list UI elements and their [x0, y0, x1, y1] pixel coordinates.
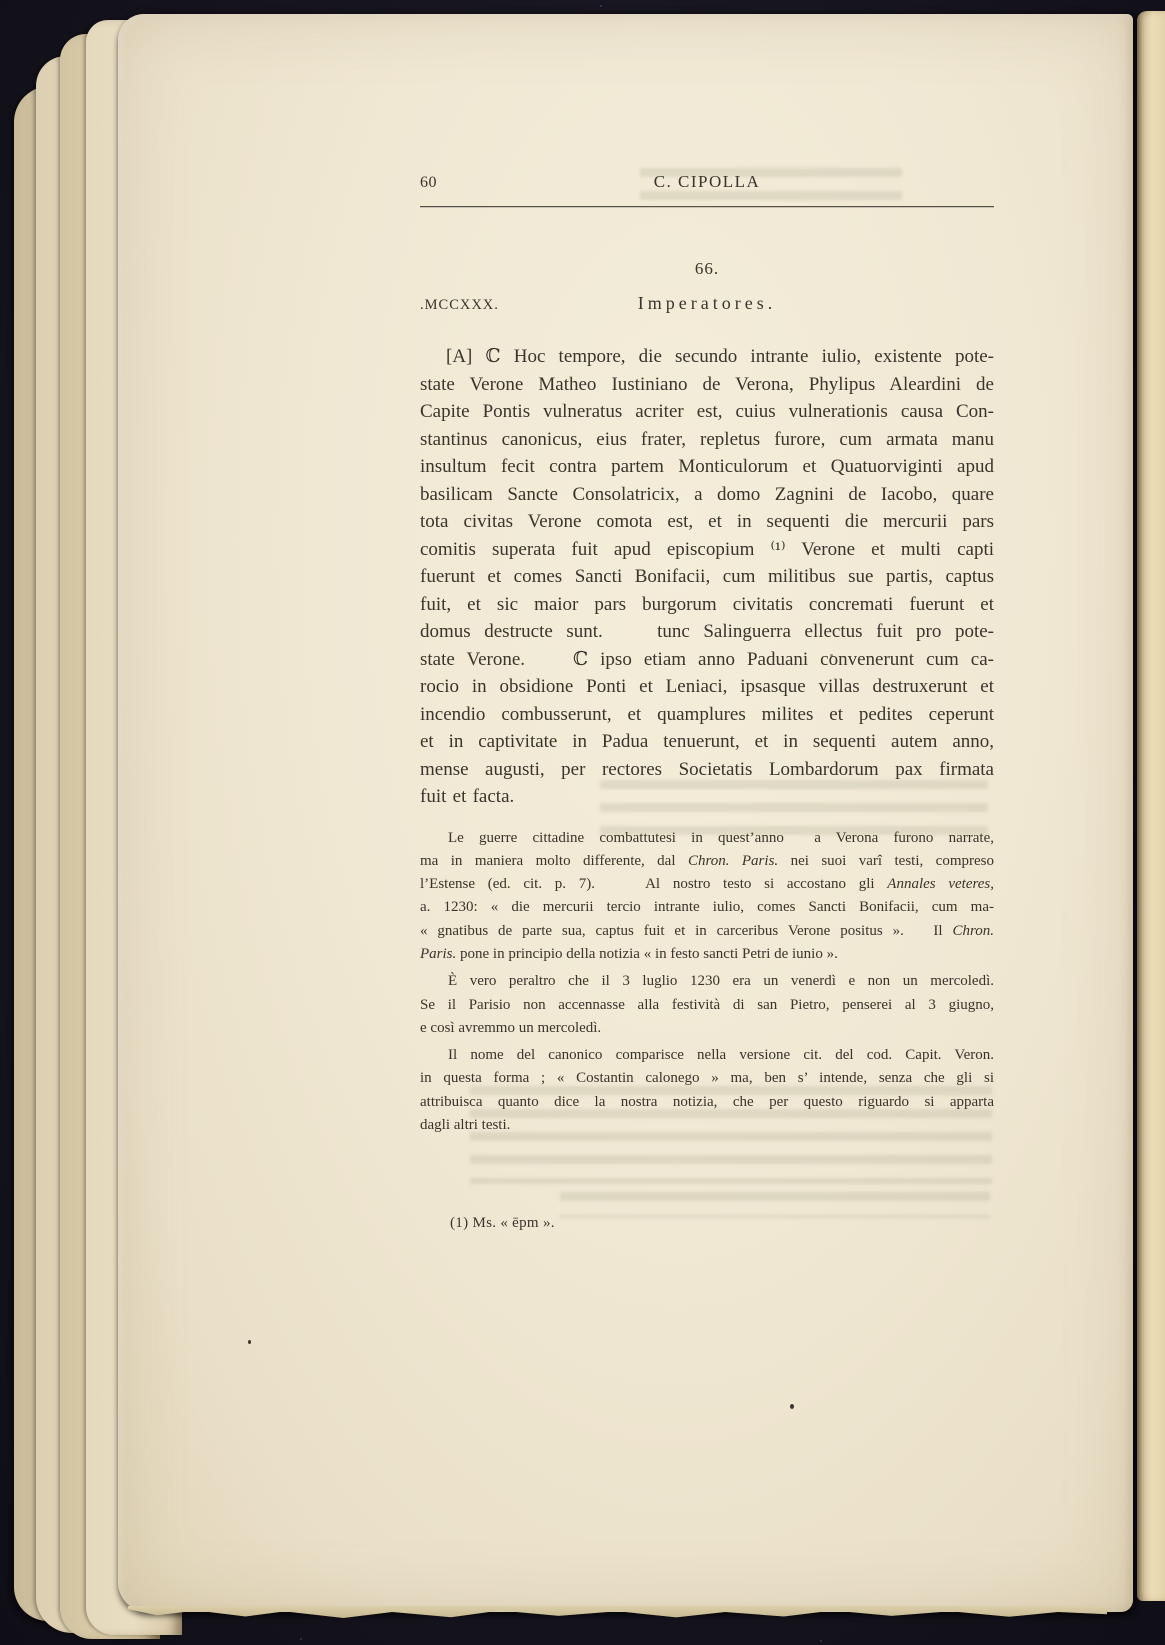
running-title: C. CIPOLLA	[654, 172, 761, 192]
next-page-edge	[1137, 11, 1165, 1601]
text-line: Capite Pontis vulneratus acriter est, cu…	[420, 398, 994, 426]
text-line: comitis superata fuit apud episcopium ⁽¹…	[420, 536, 994, 564]
text-line: domus destructe sunt. tunc Salinguerra e…	[420, 618, 994, 646]
text-line: Le guerre cittadine combattutesi in ques…	[420, 827, 994, 850]
text-line: attribuisca quanto dice la nostra notizi…	[420, 1091, 994, 1114]
text-line: stantinus canonicus, eius frater, replet…	[420, 426, 994, 454]
latin-body-text: [A] ℂ Hoc tempore, die secundo intrante …	[420, 343, 994, 811]
commentary-paragraph-1: Le guerre cittadine combattutesi in ques…	[420, 827, 994, 967]
ink-speck	[248, 1340, 251, 1344]
book-page: 60 C. CIPOLLA 66. .MCCXXX. Imperatores. …	[118, 14, 1133, 1612]
text-line: « gnatibus de parte sua, captus fuit et …	[420, 920, 994, 943]
text-line: [A] ℂ Hoc tempore, die secundo intrante …	[420, 343, 994, 371]
section-title: Imperatores.	[420, 293, 994, 314]
text-line: et in captivitate in Padua tenuerunt, et…	[420, 728, 994, 756]
commentary-paragraph-2: È vero peraltro che il 3 luglio 1230 era…	[420, 970, 994, 1040]
dust-speck	[820, 1640, 822, 1642]
book-scan-scene: 60 C. CIPOLLA 66. .MCCXXX. Imperatores. …	[0, 0, 1165, 1645]
text-line: mense augusti, per rectores Societatis L…	[420, 756, 994, 784]
deckle-edge	[128, 1606, 1107, 1621]
text-line: state Verone. ℂ ipso etiam anno Paduani …	[420, 646, 994, 674]
text-line: Il nome del canonico comparisce nella ve…	[420, 1044, 994, 1067]
text-line: fuit et facta.	[420, 783, 994, 811]
text-line: Se il Parisio non accennasse alla festiv…	[420, 994, 994, 1017]
dust-speck	[300, 1638, 302, 1640]
text-line: basilicam Sancte Consolatricix, a domo Z…	[420, 481, 994, 509]
text-line: fuerunt et comes Sancti Bonifacii, cum m…	[420, 563, 994, 591]
text-line: rocio in obsidione Ponti et Leniaci, ips…	[420, 673, 994, 701]
text-line: incendio combusserunt, et quamplures mil…	[420, 701, 994, 729]
text-line: tota civitas Verone comota est, et in se…	[420, 508, 994, 536]
text-line: l’Estense (ed. cit. p. 7). Al nostro tes…	[420, 873, 994, 896]
ink-speck	[790, 1404, 794, 1409]
text-line: ma in maniera molto differente, dal Chro…	[420, 850, 994, 873]
page-header: 60 C. CIPOLLA	[420, 172, 994, 194]
header-rule	[420, 206, 994, 207]
page-number: 60	[420, 174, 437, 192]
text-line: dagli altri testi.	[420, 1114, 994, 1137]
text-line: insultum fecit contra partem Monticuloru…	[420, 453, 994, 481]
text-line: e così avremmo un mercoledì.	[420, 1017, 994, 1040]
text-line: in questa forma ; « Costantin calonego »…	[420, 1067, 994, 1090]
dust-speck	[600, 5, 602, 7]
text-line: fuit, et sic maior pars burgorum civitat…	[420, 591, 994, 619]
section-title-row: .MCCXXX. Imperatores.	[420, 293, 994, 317]
text-line: a. 1230: « die mercurii tercio intrante …	[420, 896, 994, 919]
margin-year-label: .MCCXXX.	[420, 297, 499, 314]
footnote: (1) Ms. « ēpm ».	[420, 1215, 994, 1232]
commentary-paragraph-3: Il nome del canonico comparisce nella ve…	[420, 1044, 994, 1137]
text-line: Paris. pone in principio della notizia «…	[420, 943, 994, 966]
text-line: state Verone Matheo Iustiniano de Verona…	[420, 371, 994, 399]
section-number: 66.	[420, 259, 994, 279]
printed-content: 60 C. CIPOLLA 66. .MCCXXX. Imperatores. …	[420, 14, 994, 1232]
text-line: È vero peraltro che il 3 luglio 1230 era…	[420, 970, 994, 993]
